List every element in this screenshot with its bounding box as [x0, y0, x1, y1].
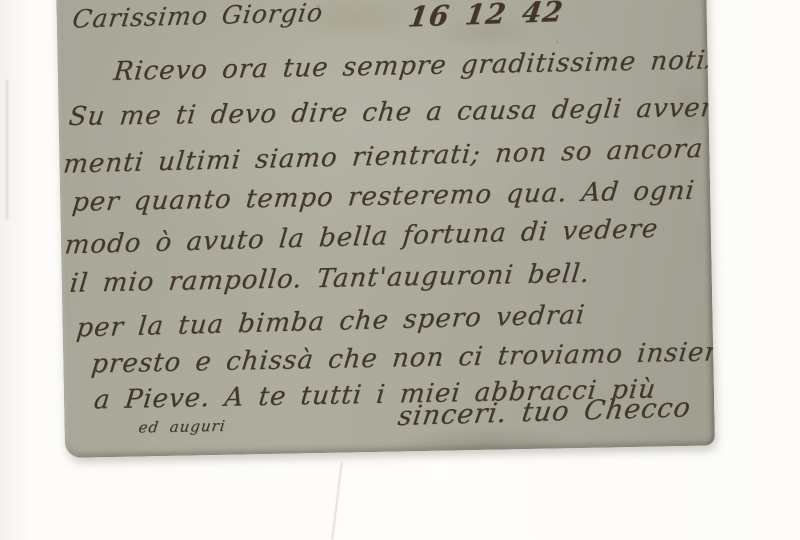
- body-line: Su me ti devo dire che a causa degli avv…: [67, 93, 715, 132]
- body-line: per quanto tempo resteremo qua. Ad ogni: [71, 176, 697, 218]
- scanner-artifact-line: [6, 80, 8, 220]
- body-line: presto e chissà che non ci troviamo insi…: [90, 337, 715, 380]
- body-line: Ricevo ora tue sempre graditissime notiz…: [112, 45, 715, 87]
- postcard: Carissimo Giorgio 16 12 42 Ricevo ora tu…: [56, 0, 715, 458]
- salutation: Carissimo Giorgio: [71, 0, 325, 34]
- body-line: modo ò avuto la bella fortuna di vedere: [63, 214, 659, 261]
- date: 16 12 42: [406, 0, 565, 34]
- interlinear-insertion: ed auguri: [137, 417, 226, 437]
- body-line: menti ultimi siamo rientrati; non so anc…: [62, 134, 705, 180]
- scan-background: Carissimo Giorgio 16 12 42 Ricevo ora tu…: [0, 0, 800, 540]
- body-line: per la tua bimba che spero vedrai: [75, 300, 587, 343]
- scanner-scratch-mark: [331, 462, 342, 540]
- body-line: il mio rampollo. Tant'auguroni bell.: [68, 259, 591, 299]
